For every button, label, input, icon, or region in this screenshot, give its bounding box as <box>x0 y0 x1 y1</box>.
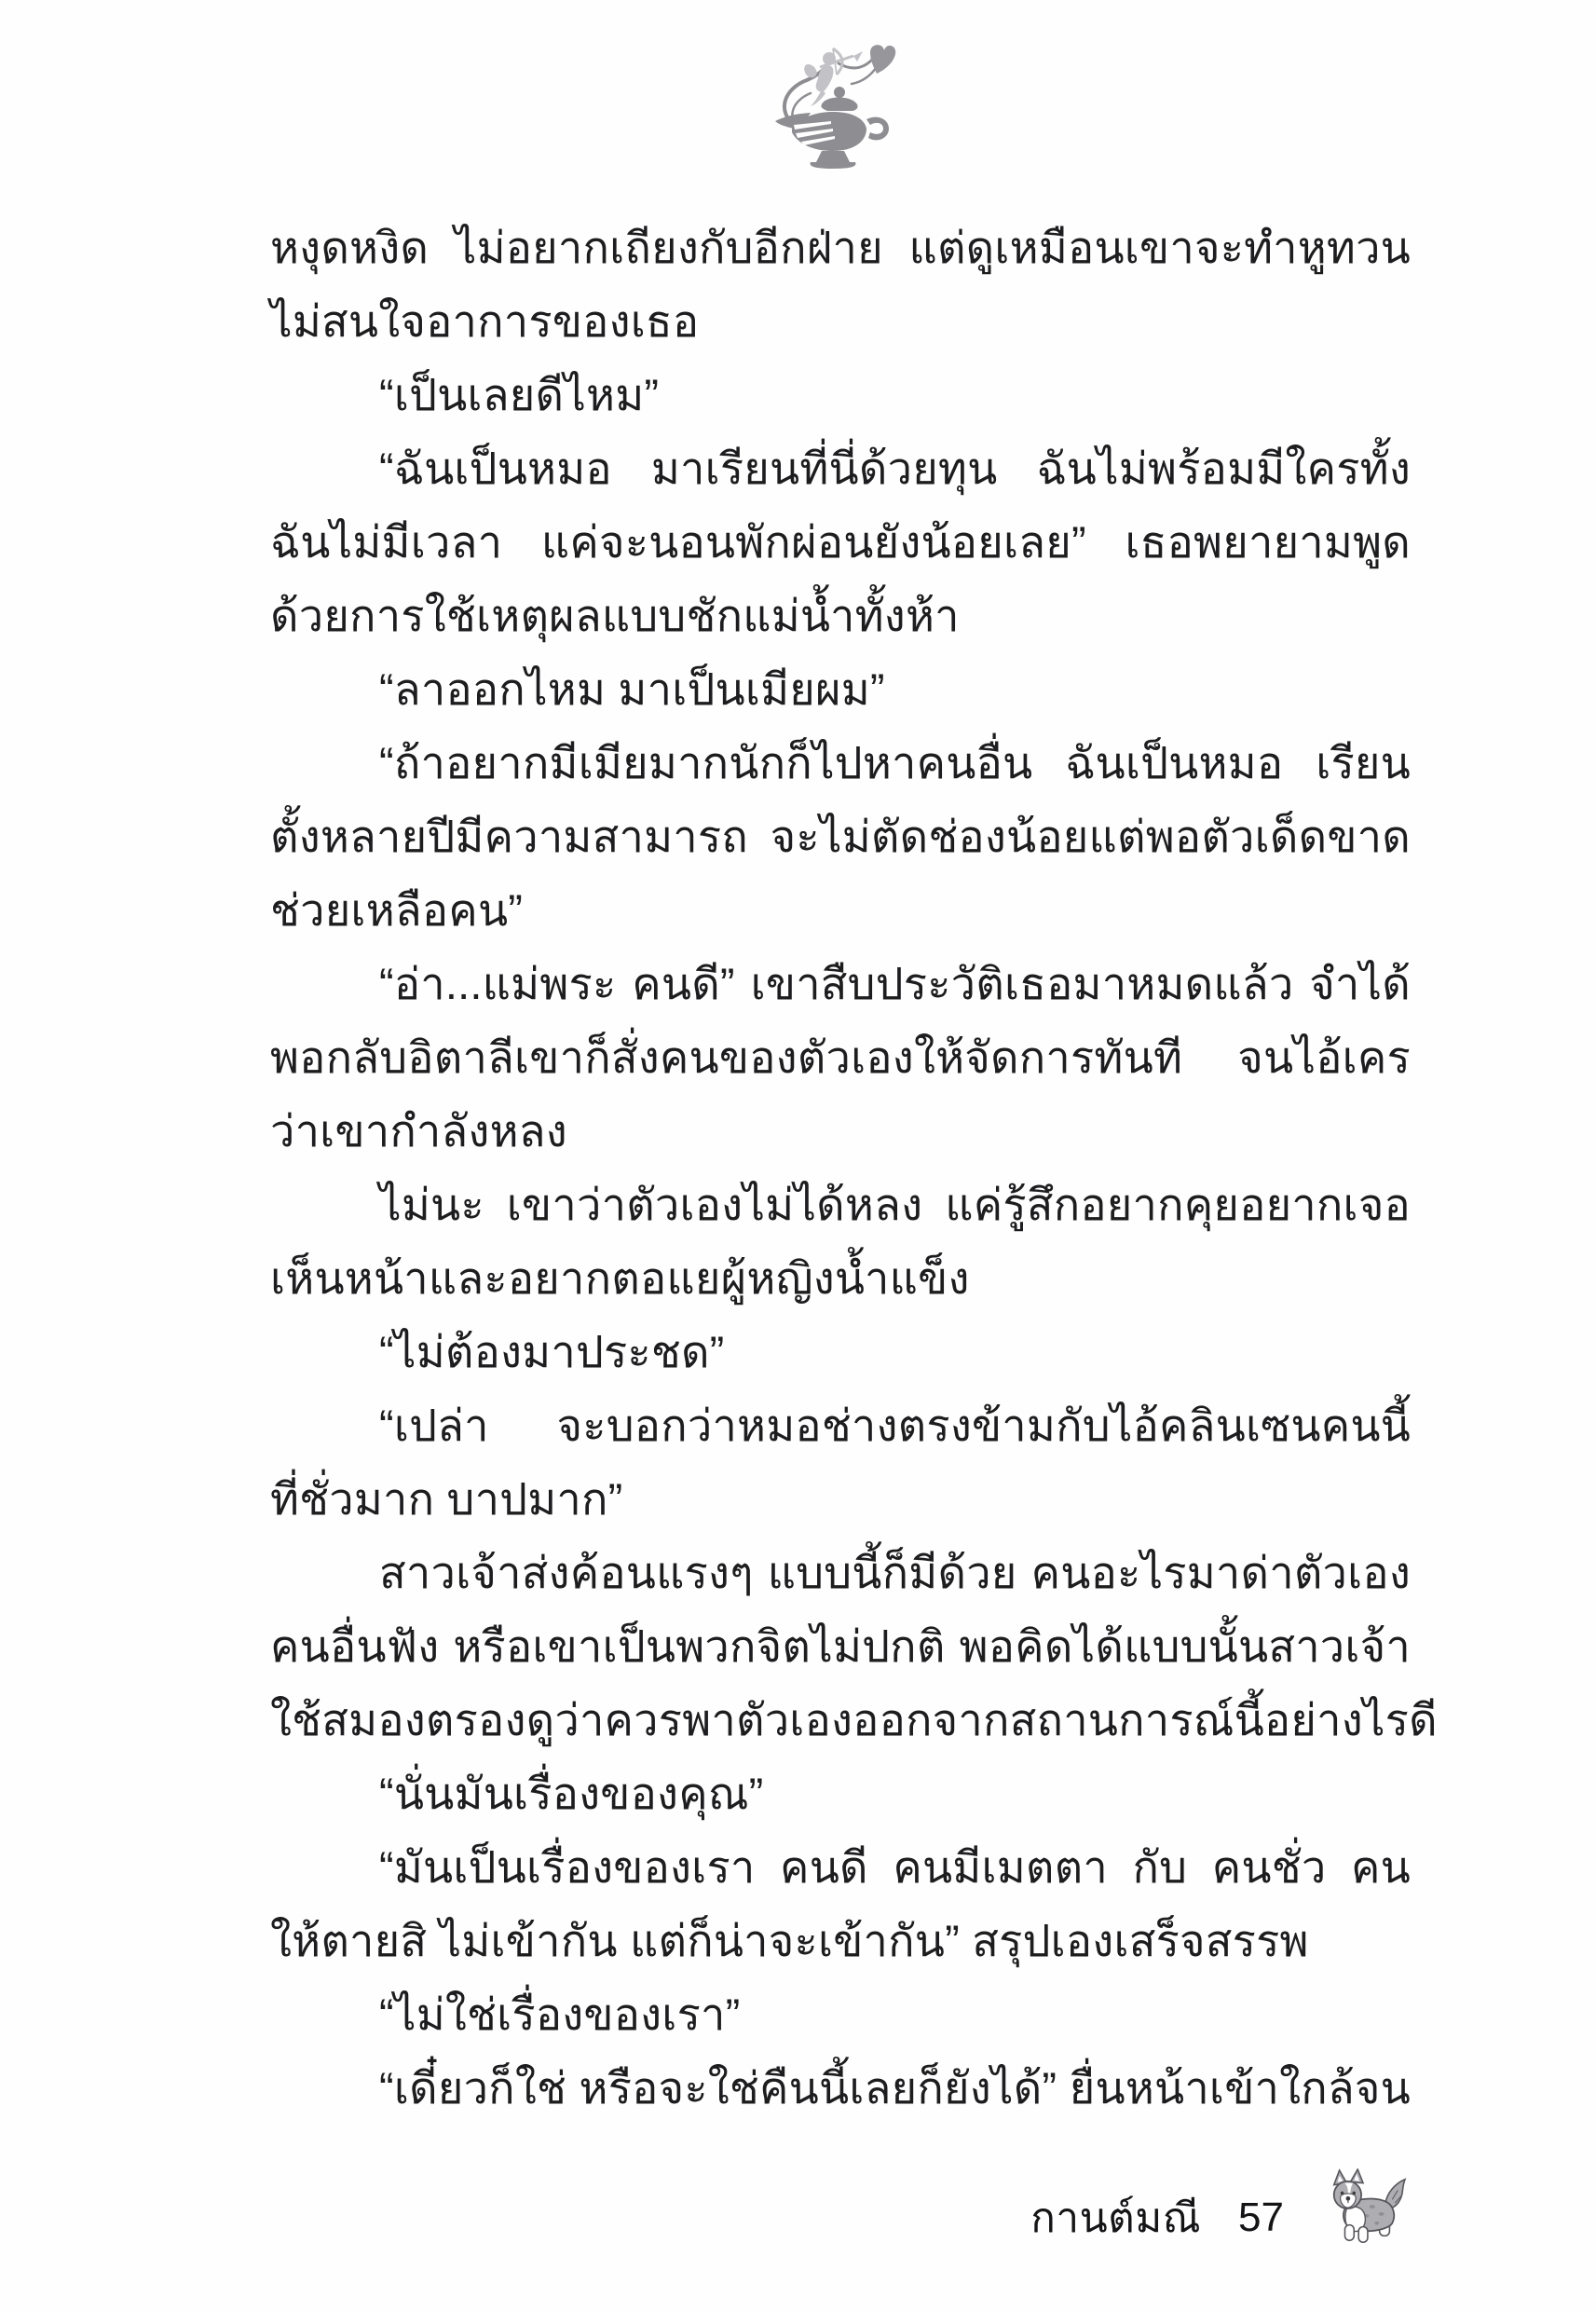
text-line: “มันเป็นเรื่องของเรา คนดี คนมีเมตตา กับ … <box>270 1830 1411 1904</box>
text-line: “ฉันเป็นหมอ มาเรียนที่นี่ด้วยทุน ฉันไม่พ… <box>270 431 1411 505</box>
page-footer: กานต์มณี 57 <box>270 2171 1411 2264</box>
text-line: เห็นหน้าและอยากตอแยผู้หญิงน้ำแข็ง <box>270 1241 1411 1315</box>
text-line: คนอื่นฟัง หรือเขาเป็นพวกจิตไม่ปกติ พอคิด… <box>270 1609 1411 1683</box>
footer-book-title: กานต์มณี <box>1030 2185 1201 2250</box>
text-line: ใช้สมองตรองดูว่าควรพาตัวเองออกจากสถานการ… <box>270 1683 1411 1757</box>
text-line: “นั่นมันเรื่องของคุณ” <box>270 1757 1411 1830</box>
text-line: “ไม่ต้องมาประชด” <box>270 1315 1411 1388</box>
text-line: ที่ชั่วมาก บาปมาก” <box>270 1462 1411 1536</box>
book-page: หงุดหงิด ไม่อยากเถียงกับอีกฝ่าย แต่ดูเหม… <box>0 0 1596 2311</box>
text-line: หงุดหงิด ไม่อยากเถียงกับอีกฝ่าย แต่ดูเหม… <box>270 211 1411 284</box>
text-line: ไม่สนใจอาการของเธอ <box>270 284 1411 358</box>
text-line: สาวเจ้าส่งค้อนแรงๆ แบบนี้ก็มีด้วย คนอะไร… <box>270 1536 1411 1609</box>
text-line: “เป็นเลยดีไหม” <box>270 358 1411 431</box>
text-line: ด้วยการใช้เหตุผลแบบชักแม่น้ำทั้งห้า <box>270 579 1411 652</box>
footer-page-number: 57 <box>1238 2195 1284 2241</box>
text-line: “เปล่า จะบอกว่าหมอช่างตรงข้ามกับไอ้คลินเ… <box>270 1388 1411 1462</box>
corgi-dog-illustration-icon <box>1319 2168 1411 2252</box>
text-line: ตั้งหลายปีมีความสามารถ จะไม่ตัดช่องน้อยแ… <box>270 800 1411 873</box>
cupid-genie-lamp-ornament-icon <box>766 39 896 173</box>
text-line: “ลาออกไหม มาเป็นเมียผม” <box>270 652 1411 726</box>
page-text: หงุดหงิด ไม่อยากเถียงกับอีกฝ่าย แต่ดูเหม… <box>270 211 1411 2125</box>
text-line: “เดี๋ยวก็ใช่ หรือจะใช่คืนนี้เลยก็ยังได้”… <box>270 2051 1411 2125</box>
text-line: “ไม่ใช่เรื่องของเรา” <box>270 1977 1411 2051</box>
text-line: ให้ตายสิ ไม่เข้ากัน แต่ก็น่าจะเข้ากัน” ส… <box>270 1904 1411 1977</box>
text-line: “อ่า...แม่พระ คนดี” เขาสืบประวัติเธอมาหม… <box>270 947 1411 1020</box>
text-line: ว่าเขากำลังหลง <box>270 1094 1411 1168</box>
text-line: ไม่นะ เขาว่าตัวเองไม่ได้หลง แค่รู้สึกอยา… <box>270 1168 1411 1241</box>
text-line: ฉันไม่มีเวลา แค่จะนอนพักผ่อนยังน้อยเลย” … <box>270 505 1411 579</box>
text-line: “ถ้าอยากมีเมียมากนักก็ไปหาคนอื่น ฉันเป็น… <box>270 726 1411 800</box>
text-line: ช่วยเหลือคน” <box>270 873 1411 947</box>
text-line: พอกลับอิตาลีเขาก็สั่งคนของตัวเองให้จัดกา… <box>270 1020 1411 1094</box>
